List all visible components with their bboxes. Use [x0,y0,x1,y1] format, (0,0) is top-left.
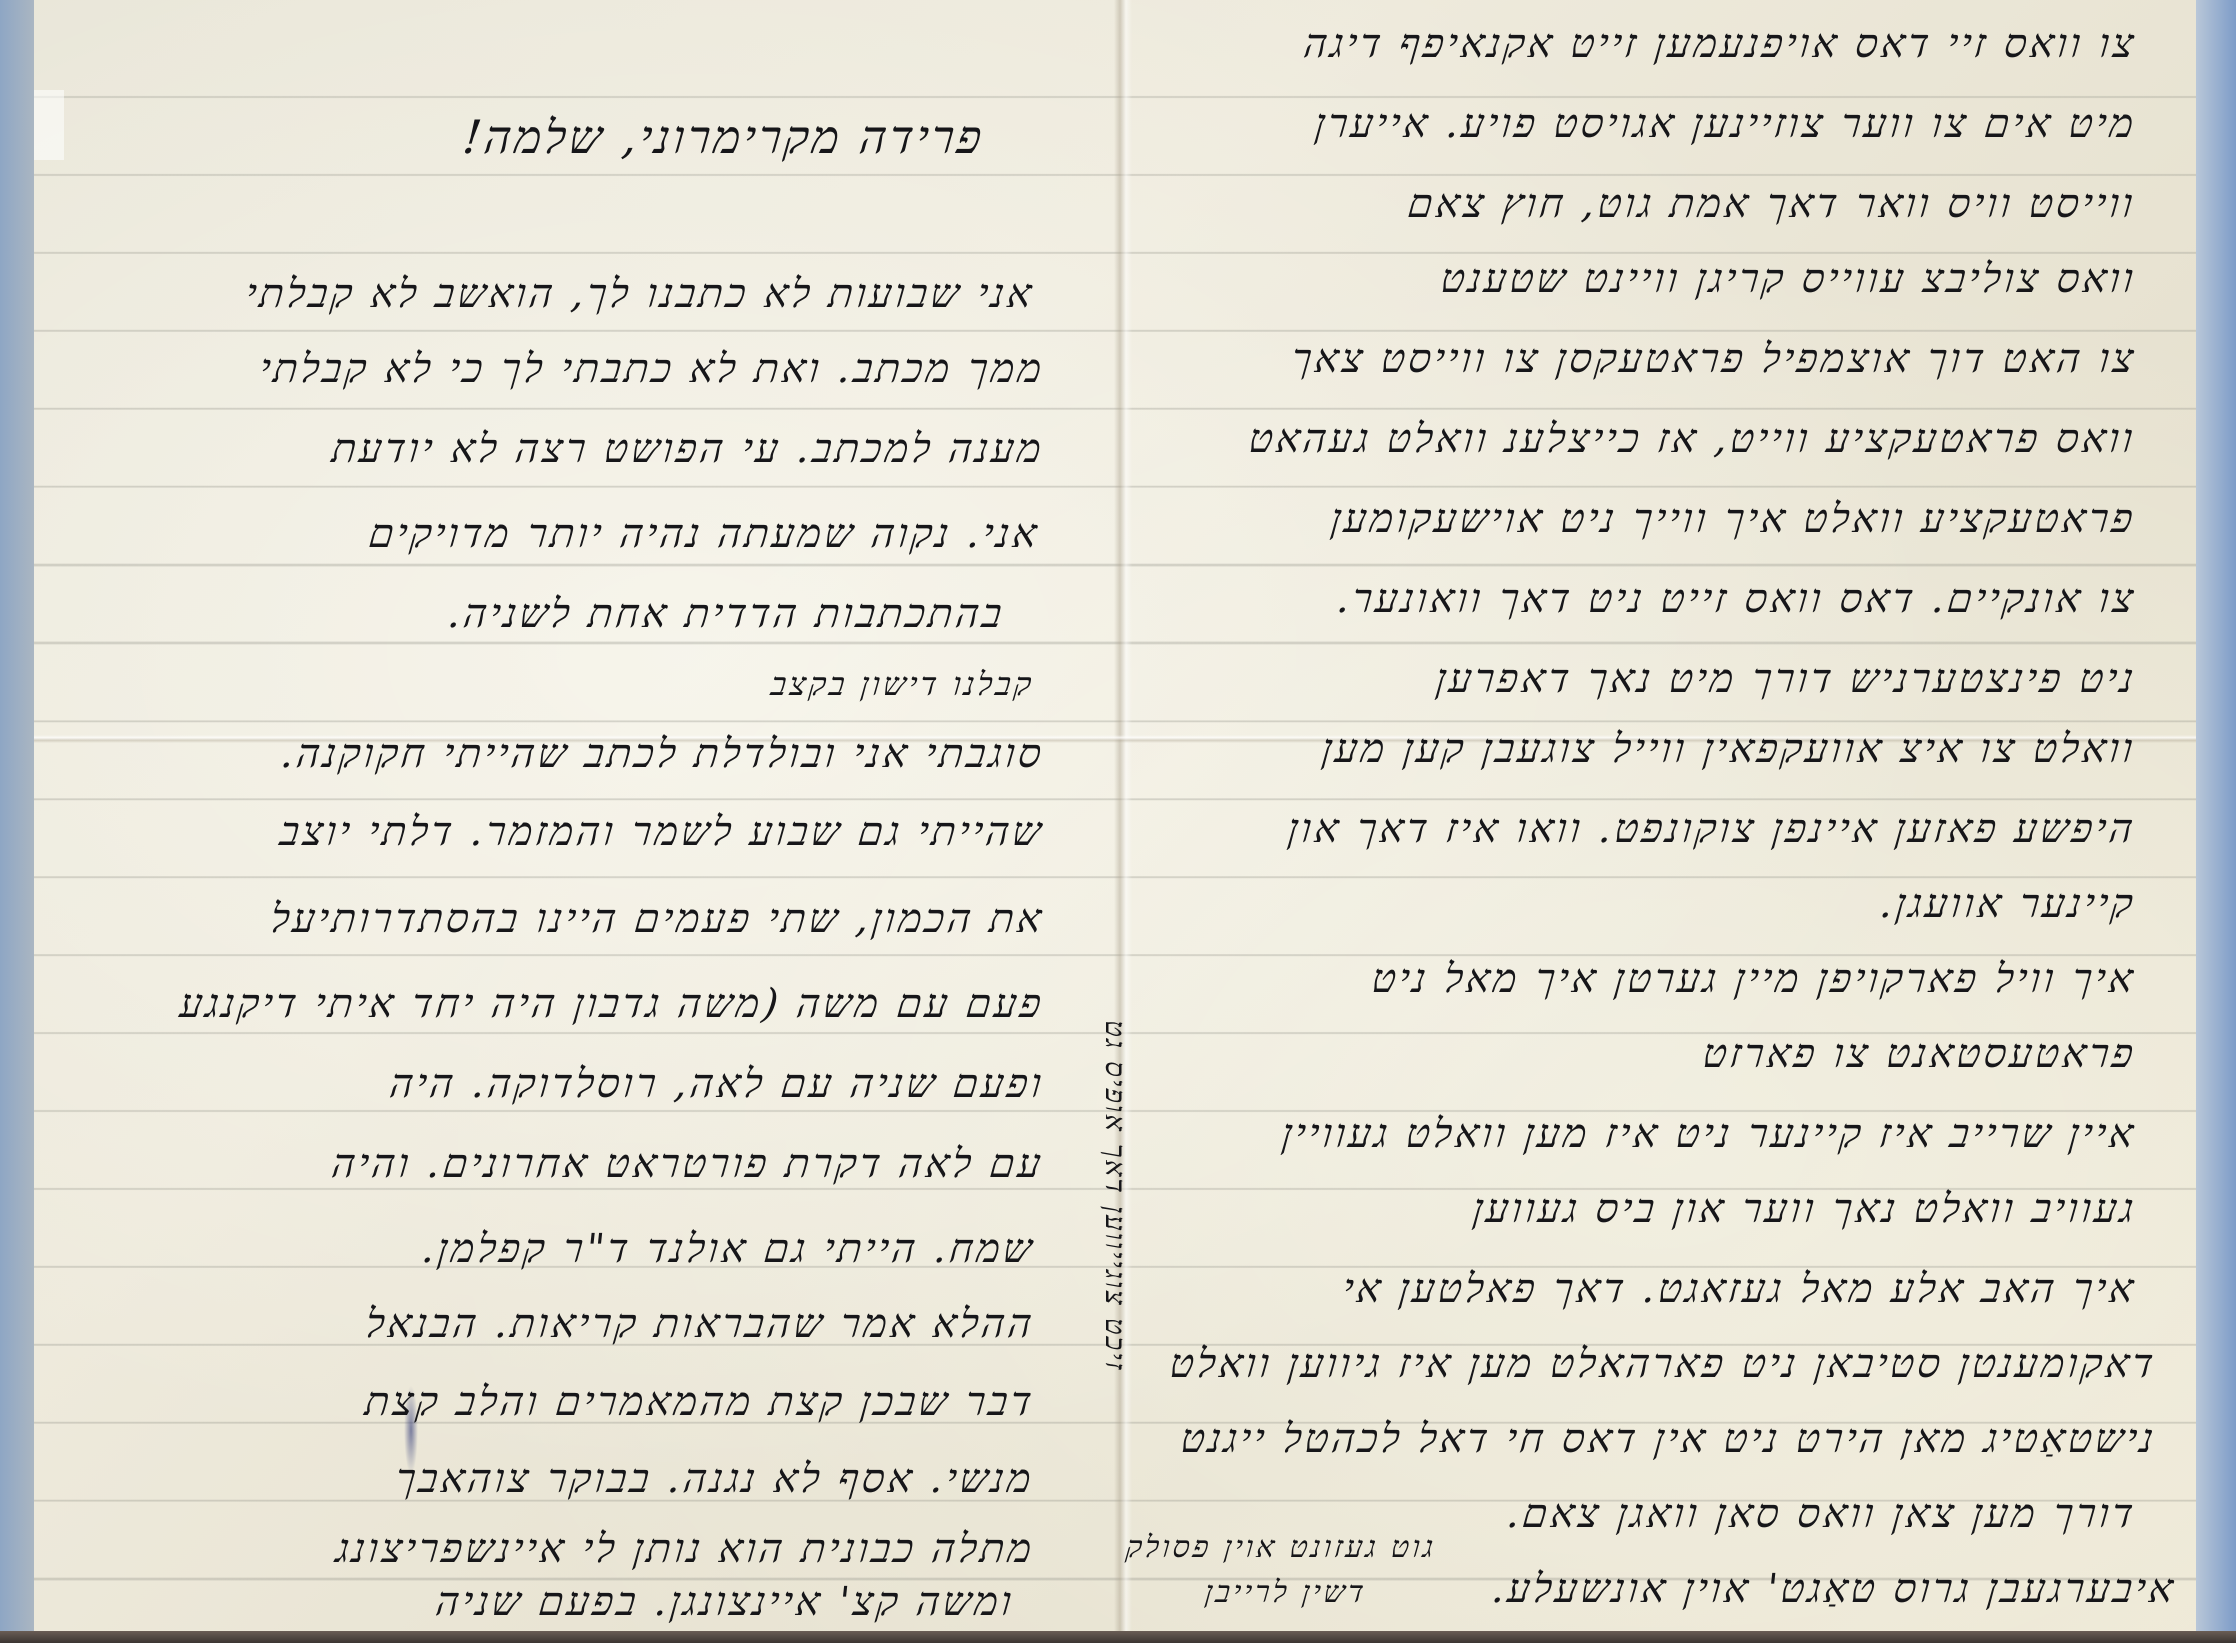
letter-line: ופעם שניה עם לאה, רוסלדוקה. היה [387,1060,1046,1107]
letter-line: צו אונקיים. דאס וואס זייט ניט דאך וואונע… [1334,575,2138,622]
letter-line: ווייסט וויס וואר דאך אמת גוט, חוץ צאם [1406,180,2139,227]
right-page: צו וואס זיי דאס אויפנעמען זייט אקנאיפף ד… [1134,0,2196,1631]
letter-line: פראטעקציע וואלט איך ווייך ניט אוישעקומען [1329,495,2139,542]
closing: גוט געזונט אוין פסולק [1124,1530,1438,1565]
letter-line: ההלא אמר שהבראות קריאות. הבנאל [363,1300,1036,1347]
letter-line: שהייתי גם שבוע לשמר והמזמר. דלתי יוצב [278,808,1047,855]
letter-line: מענה למכתב. עי הפושט רצה לא יודעת [330,425,1047,472]
letter-line: מנשי. אסף לא נגנה. בבוקר צוהאבך [394,1455,1037,1502]
letter-line: קבלנו דישון בקצב [769,665,1036,703]
letter-line: נישטאַטיג מאן הירט ניט אין דאס חי דאל לכ… [1178,1415,2158,1462]
background-bottom-edge [0,1631,2236,1643]
background-right-edge [2196,0,2236,1643]
background-left-edge [0,0,34,1643]
letter-line: דאקומענטן סטיבאן ניט פארהאלט מען איז גיו… [1168,1340,2159,1387]
letter-line: איבערגעבן גרוס טאַגט' אוין אונשעלע. [1490,1565,2179,1612]
letter-line: סוגבתי אני ובולדלת לכתב שהייתי חקוקנה. [278,730,1046,777]
letter-line: געוויב וואלט נאך ווער און ביס געווען [1470,1185,2138,1232]
letter-line: קיינער אוועגן. [1878,880,2139,927]
letter-line: מיט אים צו ווער צוזיינען אגויסט פויע. אי… [1312,100,2138,147]
signature: דשין לרייבן [1203,1575,1368,1610]
letter-line: איך וויל פארקויפן מיין גערטן איך מאל ניט [1370,955,2139,1002]
left-page: פרידה מקרימרוני, שלמה! אני שבועות לא כתב… [34,0,1114,1631]
letter-paper: פרידה מקרימרוני, שלמה! אני שבועות לא כתב… [34,0,2196,1631]
letter-line: ממך מכתב. ואת לא כתבתי לך כי לא קבלתי [257,345,1046,392]
letter-line: פעם עם משה (משה גדבון היה יחד איתי דיקנג… [178,980,1047,1027]
letter-line: אני. נקוה שמעתה נהיה יותר מדויקים [366,510,1041,557]
letter-line: מתלה כבונית הוא נותן לי איינשפריצונג [333,1525,1036,1572]
letter-line: דורך מען צאן וואס סאן וואגן צאם. [1505,1490,2139,1537]
letter-line: בהתכתבות הדדית אחת לשניה. [445,590,1006,637]
letter-line: אני שבועות לא כתבנו לך, הואשב לא קבלתי [243,270,1036,317]
letter-line: עם לאה דקרת פורטראט אחרונים. והיה [330,1140,1047,1187]
letter-line: שמח. הייתי גם אולנד ד"ר קפלמן. [419,1225,1036,1272]
letter-line: וואלט צו איצ אוועקפאין ווייל צוגעבן קען … [1320,725,2139,772]
letter-line: צו האט דוך אוצמפיל פראטעקסן צו ווייסט צא… [1289,335,2138,382]
letter-line: איך האב אלע מאל געזאגט. דאך פאלטען אי [1340,1265,2138,1312]
letter-line: וואס פראטעקציע ווייט, אז כייצלענ וואלט ג… [1247,415,2138,462]
letter-line: ניט פינצטערניש דורך מיט נאך דאפרען [1433,655,2138,702]
letter-line: את הכמון, שתי פעמים היינו בהסתדרותיעל [268,895,1046,942]
letter-line: וואס צוליבצ עווייס קריגן וויינט שטענט [1438,255,2138,302]
salutation: פרידה מקרימרוני, שלמה! [460,110,987,164]
letter-line: ומשה קצ' איינצונגן. בפעם שניה [433,1578,1016,1625]
letter-line: פראטעסטאנט צו פארזט [1700,1030,2138,1077]
letter-line: איין שרייב איז קיינער ניט איז מען וואלט … [1279,1110,2138,1157]
letter-line: היפשע פאזען איינפן צוקונפט. וואו איז דאך… [1286,805,2139,852]
letter-line: צו וואס זיי דאס אויפנעמען זייט אקנאיפף ד… [1301,20,2138,67]
vertical-margin-note: זיכט צוגייווען דאך אופיס גט [1098,1020,1132,1372]
letter-line: דבר שבכן קצת מהמאמרים והלב קצת [362,1378,1036,1425]
center-fold [1114,0,1132,1631]
